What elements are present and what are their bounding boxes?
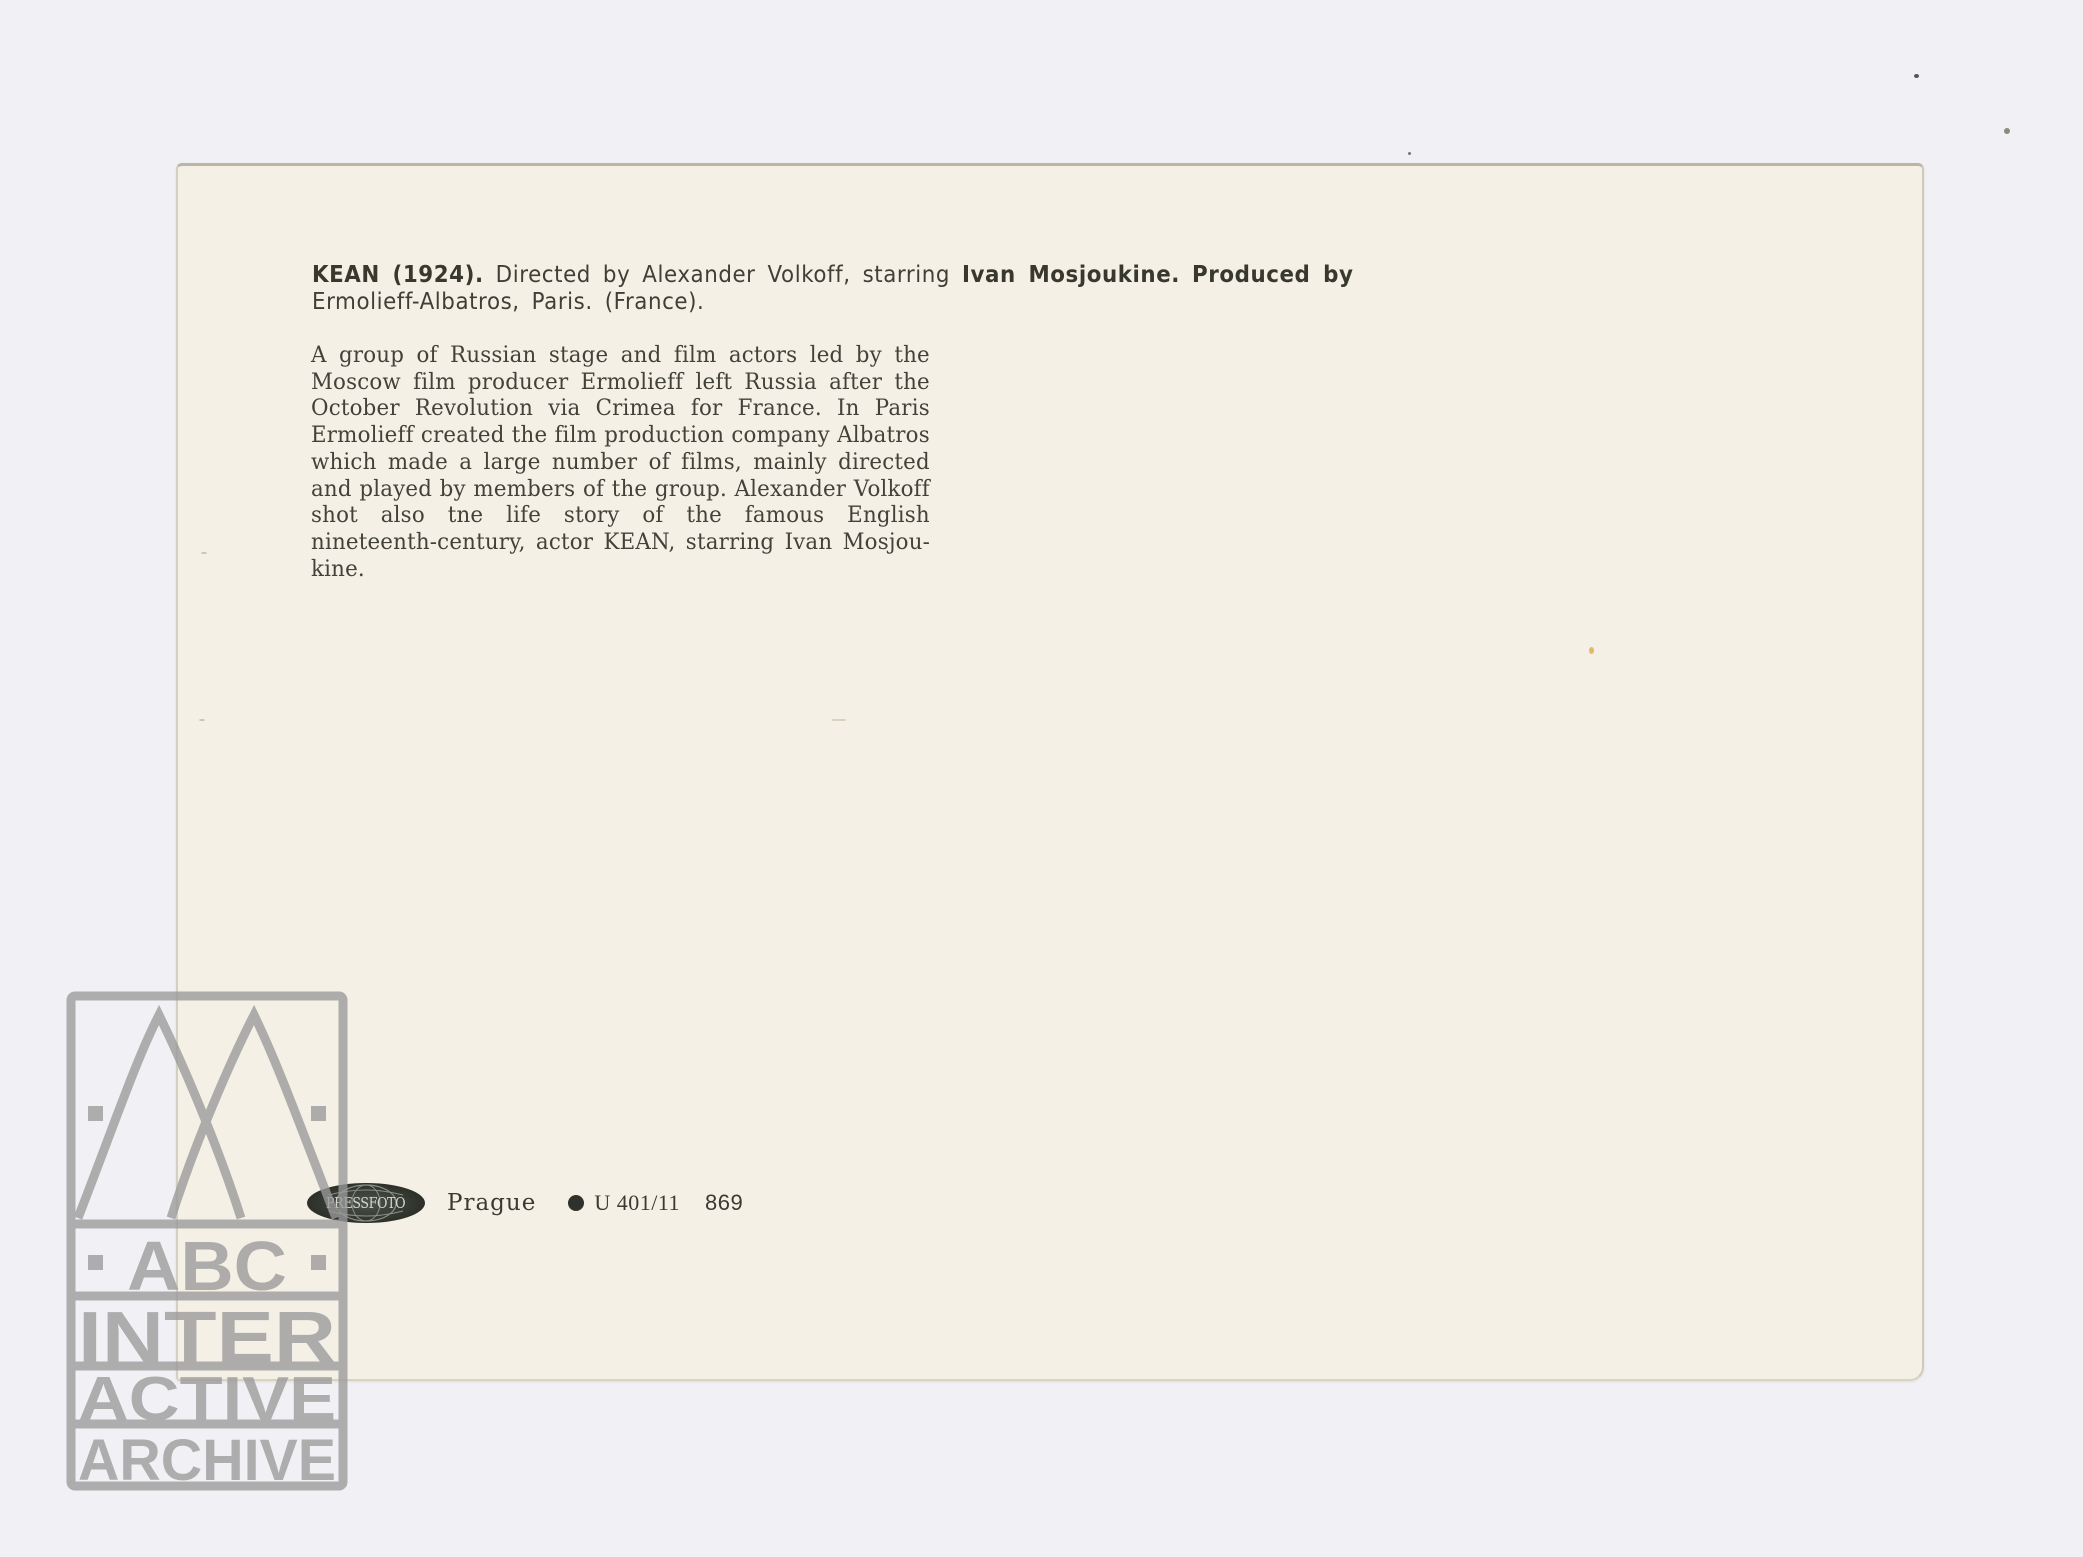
watermark-line-1: ABC xyxy=(127,1227,287,1305)
paper-speck xyxy=(201,552,207,554)
director-credit: Directed by Alexander Volkoff, starring xyxy=(496,262,950,288)
bullet-icon xyxy=(568,1195,584,1211)
film-credits: KEAN (1924). Directed by Alexander Volko… xyxy=(312,262,1405,316)
paper-speck xyxy=(199,719,205,721)
publisher-footer: PRESSFOTO Prague U 401/11 869 xyxy=(307,1182,743,1224)
paper-speck xyxy=(832,719,846,721)
dust-speck xyxy=(1914,74,1919,78)
paper-speck xyxy=(1589,647,1594,654)
watermark-line-3: ACTIVE xyxy=(78,1365,336,1434)
abc-archive-watermark: ABC INTER ACTIVE ARCHIVE xyxy=(66,990,348,1492)
dust-speck xyxy=(2004,128,2010,134)
producer-credit: Ermolieff-Albatros, Paris. (France). xyxy=(312,289,704,315)
produced-label: Produced by xyxy=(1192,262,1353,288)
film-description: A group of Russian stage and film actors… xyxy=(311,343,930,583)
publisher-city: Prague xyxy=(447,1190,536,1216)
catalog-code: U 401/11 xyxy=(594,1190,680,1216)
star-credit: Ivan Mosjoukine. xyxy=(962,262,1180,288)
watermark-line-4: ARCHIVE xyxy=(78,1428,336,1492)
dust-speck xyxy=(1408,152,1411,155)
film-title: KEAN (1924). xyxy=(312,262,484,288)
postcard: KEAN (1924). Directed by Alexander Volko… xyxy=(176,163,1924,1381)
catalog-number: 869 xyxy=(705,1190,743,1216)
